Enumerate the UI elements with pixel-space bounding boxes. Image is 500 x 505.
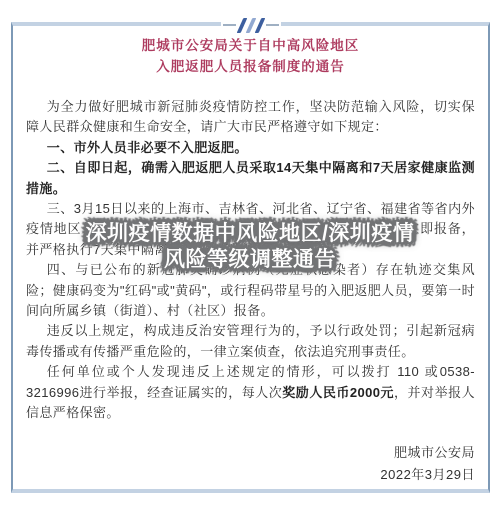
notice-text: 违反以上规定，构成违反治安管理行为的，予以行政处罚；引起新冠病毒传播或有传播严重… <box>26 323 475 358</box>
notice-title-line2: 入肥返肥人员报备制度的通告 <box>13 56 488 77</box>
notice-paragraph: 二、自即日起，确需入肥返肥人员采取14天集中隔离和7天居家健康监测措施。 <box>26 158 475 199</box>
deco-line-left <box>223 24 236 26</box>
slash-bar-2 <box>245 18 256 33</box>
notice-title: 肥城市公安局关于自中高风险地区 入肥返肥人员报备制度的通告 <box>13 35 488 77</box>
page: { "notice": { "title": { "line1": "肥城市公安… <box>0 0 500 505</box>
notice-paragraph: 违反以上规定，构成违反治安管理行为的，予以行政处罚；引起新冠病毒传播或有传播严重… <box>26 321 475 362</box>
notice-text-bold: 奖励人民币2000元 <box>282 385 394 400</box>
notice-text-bold: 一、市外人员非必要不入肥返肥。 <box>47 140 248 155</box>
notice-text: 三、3月15日以来的上海市、吉林省、河北省、辽宁省、福建省等省内外疫情地区来人，… <box>26 201 475 257</box>
signature-date: 2022年3月29日 <box>380 464 475 486</box>
notice-frame: 肥城市公安局关于自中高风险地区 入肥返肥人员报备制度的通告 为全力做好肥城市新冠… <box>11 22 490 493</box>
notice-text: 为全力做好肥城市新冠肺炎疫情防控工作，坚决防范输入风险，切实保障人民群众健康和生… <box>26 99 475 134</box>
notice-text-bold: 二、自即日起，确需入肥返肥人员采取14天集中隔离和7天居家健康监测措施。 <box>26 160 475 195</box>
slash-bar-1 <box>236 18 247 33</box>
signature-block: 肥城市公安局 2022年3月29日 <box>380 442 475 485</box>
notice-paragraph: 任何单位或个人发现违反上述规定的情形，可以拨打 110 或0538-321699… <box>26 362 475 423</box>
notice-paragraph: 四、与已公布的新冠肺炎确诊病例（无症状感染者）存在轨迹交集风险；健康码变为"红码… <box>26 260 475 321</box>
signature-org: 肥城市公安局 <box>380 442 475 464</box>
notice-paragraph: 一、市外人员非必要不入肥返肥。 <box>26 138 475 158</box>
notice-paragraph: 三、3月15日以来的上海市、吉林省、河北省、辽宁省、福建省等省内外疫情地区来人，… <box>26 199 475 260</box>
triple-slash-icon <box>221 13 281 37</box>
notice-title-line1: 肥城市公安局关于自中高风险地区 <box>13 35 488 56</box>
slash-bar-3 <box>254 18 265 33</box>
notice-paragraph: 为全力做好肥城市新冠肺炎疫情防控工作，坚决防范输入风险，切实保障人民群众健康和生… <box>26 97 475 138</box>
notice-body: 为全力做好肥城市新冠肺炎疫情防控工作，坚决防范输入风险，切实保障人民群众健康和生… <box>13 97 488 424</box>
deco-line-right <box>266 24 279 26</box>
notice-text: 四、与已公布的新冠肺炎确诊病例（无症状感染者）存在轨迹交集风险；健康码变为"红码… <box>26 262 475 318</box>
